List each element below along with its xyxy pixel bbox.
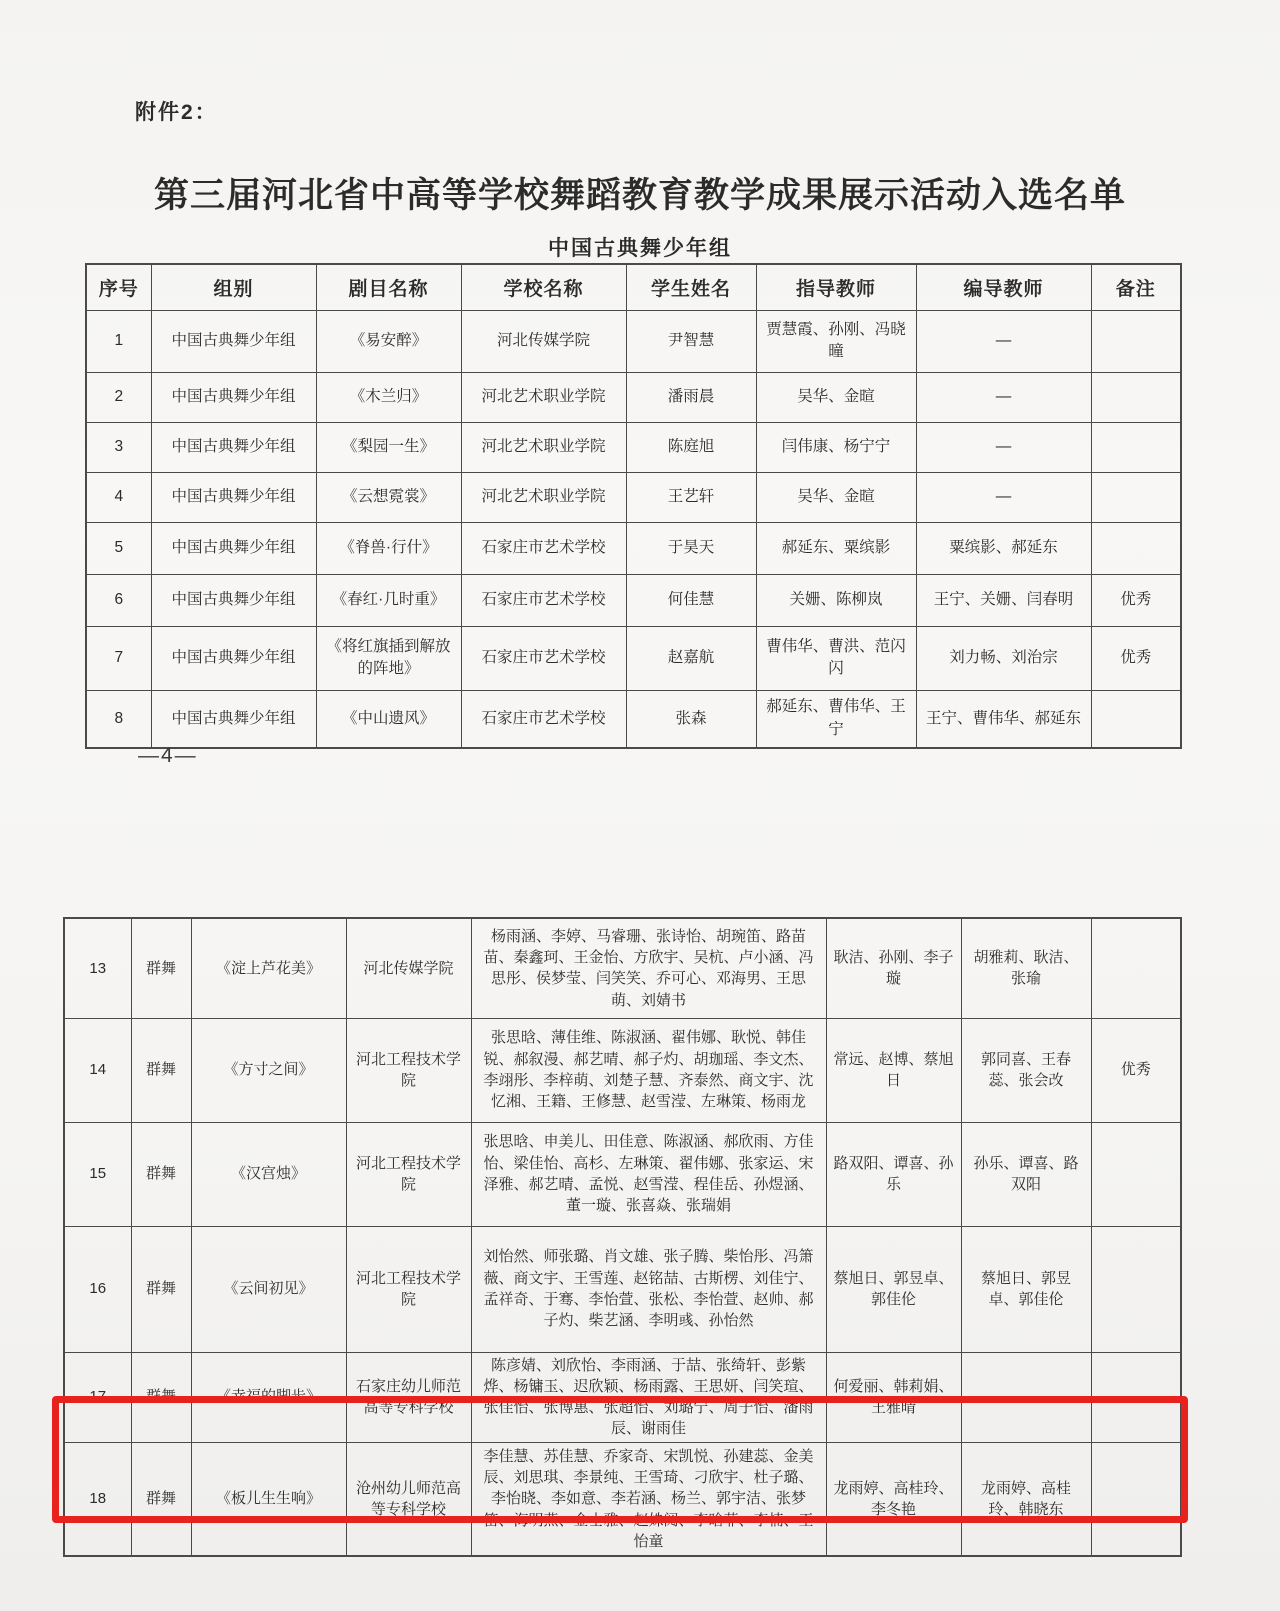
table-cell: 《春红·几时重》 xyxy=(316,574,461,626)
table-row: 2中国古典舞少年组《木兰归》河北艺术职业学院潘雨晨吴华、金暄— xyxy=(86,372,1181,422)
classical-dance-table: 序号 组别 剧目名称 学校名称 学生姓名 指导教师 编导教师 备注 1中国古典舞… xyxy=(85,263,1182,749)
table-cell: 陈庭旭 xyxy=(626,422,756,472)
table-row: 18群舞《板儿生生响》沧州幼儿师范高等专科学校李佳慧、苏佳慧、乔家奇、宋凯悦、孙… xyxy=(64,1442,1181,1556)
table-cell: — xyxy=(916,372,1091,422)
table-cell: 蔡旭日、郭昱卓、郭佳伦 xyxy=(826,1226,961,1352)
table-cell: 《云想霓裳》 xyxy=(316,472,461,522)
table-cell: 王艺轩 xyxy=(626,472,756,522)
table-cell: 尹智慧 xyxy=(626,310,756,372)
table-cell: 张思晗、薄佳维、陈淑涵、翟伟娜、耿悦、韩佳锐、郝叙漫、郝艺晴、郝子灼、胡珈瑶、李… xyxy=(471,1018,826,1122)
table-cell: 《幸福的脚步》 xyxy=(191,1352,346,1442)
table-row: 4中国古典舞少年组《云想霓裳》河北艺术职业学院王艺轩吴华、金暄— xyxy=(86,472,1181,522)
table-cell: 于昊天 xyxy=(626,522,756,574)
table-cell: 石家庄市艺术学校 xyxy=(461,522,626,574)
table-cell xyxy=(1091,472,1181,522)
table-cell: 河北艺术职业学院 xyxy=(461,422,626,472)
table-cell: 《梨园一生》 xyxy=(316,422,461,472)
table-cell: 河北工程技术学院 xyxy=(346,1122,471,1226)
table-cell: 沧州幼儿师范高等专科学校 xyxy=(346,1442,471,1556)
table-cell: 群舞 xyxy=(131,1122,191,1226)
table-cell: 龙雨婷、高桂玲、韩晓东 xyxy=(961,1442,1091,1556)
table-cell: 中国古典舞少年组 xyxy=(151,690,316,748)
table-cell: 李佳慧、苏佳慧、乔家奇、宋凯悦、孙建蕊、金美辰、刘思琪、李景纯、王雪琦、刁欣宇、… xyxy=(471,1442,826,1556)
table-cell: 龙雨婷、高桂玲、李冬艳 xyxy=(826,1442,961,1556)
table-cell: 吴华、金暄 xyxy=(756,372,916,422)
table-cell: 耿洁、孙刚、李子璇 xyxy=(826,918,961,1018)
table-cell: 17 xyxy=(64,1352,131,1442)
table-cell: 赵嘉航 xyxy=(626,626,756,690)
header-cell-program: 剧目名称 xyxy=(316,264,461,310)
table-cell: 16 xyxy=(64,1226,131,1352)
table-row: 7中国古典舞少年组《将红旗插到解放的阵地》石家庄市艺术学校赵嘉航曹伟华、曹洪、范… xyxy=(86,626,1181,690)
group-dance-table: 13群舞《淀上芦花美》河北传媒学院杨雨涵、李婷、马睿珊、张诗怡、胡琬笛、路苗苗、… xyxy=(63,917,1182,1557)
table-cell: 河北工程技术学院 xyxy=(346,1226,471,1352)
table-row: 3中国古典舞少年组《梨园一生》河北艺术职业学院陈庭旭闫伟康、杨宁宁— xyxy=(86,422,1181,472)
table-cell: 石家庄市艺术学校 xyxy=(461,626,626,690)
table-cell: 孙乐、谭喜、路双阳 xyxy=(961,1122,1091,1226)
table-cell xyxy=(1091,372,1181,422)
table-cell: 中国古典舞少年组 xyxy=(151,574,316,626)
table-cell: 刘怡然、师张璐、肖文雄、张子腾、柴怡彤、冯箫薇、商文宇、王雪莲、赵铭喆、古斯楞、… xyxy=(471,1226,826,1352)
table-cell: 《方寸之间》 xyxy=(191,1018,346,1122)
table-cell: 7 xyxy=(86,626,151,690)
table-cell: 中国古典舞少年组 xyxy=(151,626,316,690)
header-cell-instructor: 指导教师 xyxy=(756,264,916,310)
table-cell: — xyxy=(916,472,1091,522)
table-cell: 何爱丽、韩莉娟、王雅晴 xyxy=(826,1352,961,1442)
table-row: 6中国古典舞少年组《春红·几时重》石家庄市艺术学校何佳慧关姗、陈柳岚王宁、关姗、… xyxy=(86,574,1181,626)
table-cell xyxy=(1091,1226,1181,1352)
table-cell: 《淀上芦花美》 xyxy=(191,918,346,1018)
table-cell: 《云间初见》 xyxy=(191,1226,346,1352)
table-cell: 贾慧霞、孙刚、冯晓曈 xyxy=(756,310,916,372)
page-number: —4— xyxy=(138,744,198,768)
table-cell xyxy=(1091,1122,1181,1226)
table-cell: 张森 xyxy=(626,690,756,748)
table-cell: 闫伟康、杨宁宁 xyxy=(756,422,916,472)
section-subtitle: 中国古典舞少年组 xyxy=(0,232,1280,262)
table-cell: 《中山遗风》 xyxy=(316,690,461,748)
table-cell: 18 xyxy=(64,1442,131,1556)
table-header-row: 序号 组别 剧目名称 学校名称 学生姓名 指导教师 编导教师 备注 xyxy=(86,264,1181,310)
table-cell: 13 xyxy=(64,918,131,1018)
table-cell: 石家庄市艺术学校 xyxy=(461,690,626,748)
table-cell: 曹伟华、曹洪、范闪闪 xyxy=(756,626,916,690)
table-cell: 河北传媒学院 xyxy=(346,918,471,1018)
table-cell: 优秀 xyxy=(1091,1018,1181,1122)
table-cell: 《木兰归》 xyxy=(316,372,461,422)
table-cell xyxy=(1091,1442,1181,1556)
header-cell-student: 学生姓名 xyxy=(626,264,756,310)
table-cell: 何佳慧 xyxy=(626,574,756,626)
table-cell: 《汉宫烛》 xyxy=(191,1122,346,1226)
table-cell: 6 xyxy=(86,574,151,626)
table-cell: 中国古典舞少年组 xyxy=(151,522,316,574)
table-cell xyxy=(1091,918,1181,1018)
table-cell xyxy=(961,1352,1091,1442)
table-cell: 《将红旗插到解放的阵地》 xyxy=(316,626,461,690)
table-cell xyxy=(1091,422,1181,472)
table-row: 1中国古典舞少年组《易安醉》河北传媒学院尹智慧贾慧霞、孙刚、冯晓曈— xyxy=(86,310,1181,372)
table-row: 13群舞《淀上芦花美》河北传媒学院杨雨涵、李婷、马睿珊、张诗怡、胡琬笛、路苗苗、… xyxy=(64,918,1181,1018)
table-row: 17群舞《幸福的脚步》石家庄幼儿师范高等专科学校陈彦婧、刘欣怡、李雨涵、于喆、张… xyxy=(64,1352,1181,1442)
table-cell: 3 xyxy=(86,422,151,472)
table-cell: 群舞 xyxy=(131,1442,191,1556)
table-cell: 1 xyxy=(86,310,151,372)
table-cell: 蔡旭日、郭昱卓、郭佳伦 xyxy=(961,1226,1091,1352)
table-cell: 王宁、曹伟华、郝延东 xyxy=(916,690,1091,748)
table-cell: 陈彦婧、刘欣怡、李雨涵、于喆、张绮轩、彭紫烨、杨镛玉、迟欣颖、杨雨露、王思妍、闫… xyxy=(471,1352,826,1442)
table-cell: 河北艺术职业学院 xyxy=(461,372,626,422)
table-cell: 关姗、陈柳岚 xyxy=(756,574,916,626)
table-cell: 河北艺术职业学院 xyxy=(461,472,626,522)
table-row: 14群舞《方寸之间》河北工程技术学院张思晗、薄佳维、陈淑涵、翟伟娜、耿悦、韩佳锐… xyxy=(64,1018,1181,1122)
table-cell: 8 xyxy=(86,690,151,748)
table-cell: 2 xyxy=(86,372,151,422)
table-cell: 石家庄幼儿师范高等专科学校 xyxy=(346,1352,471,1442)
table-cell: 群舞 xyxy=(131,918,191,1018)
table-cell: — xyxy=(916,422,1091,472)
table-cell: 粟缤影、郝延东 xyxy=(916,522,1091,574)
table-cell xyxy=(1091,690,1181,748)
table-cell: 吴华、金暄 xyxy=(756,472,916,522)
table-cell: 优秀 xyxy=(1091,574,1181,626)
table-cell: 《板儿生生响》 xyxy=(191,1442,346,1556)
table-cell: 《易安醉》 xyxy=(316,310,461,372)
table-cell: 郭同喜、王春蕊、张会改 xyxy=(961,1018,1091,1122)
table-cell: 5 xyxy=(86,522,151,574)
table-cell xyxy=(1091,310,1181,372)
table-row: 15群舞《汉宫烛》河北工程技术学院张思晗、申美儿、田佳意、陈淑涵、郝欣雨、方佳怡… xyxy=(64,1122,1181,1226)
table-cell: 石家庄市艺术学校 xyxy=(461,574,626,626)
table-cell: 潘雨晨 xyxy=(626,372,756,422)
header-cell-index: 序号 xyxy=(86,264,151,310)
document-page: 附件2： 第三届河北省中高等学校舞蹈教育教学成果展示活动入选名单 中国古典舞少年… xyxy=(0,0,1280,1611)
table-cell: 4 xyxy=(86,472,151,522)
table-cell: 15 xyxy=(64,1122,131,1226)
table-cell: 河北工程技术学院 xyxy=(346,1018,471,1122)
table-cell: 中国古典舞少年组 xyxy=(151,472,316,522)
attachment-label: 附件2： xyxy=(135,96,218,126)
header-cell-group: 组别 xyxy=(151,264,316,310)
table-cell: 张思晗、申美儿、田佳意、陈淑涵、郝欣雨、方佳怡、梁佳怡、高杉、左琳策、翟伟娜、张… xyxy=(471,1122,826,1226)
table-cell: 常远、赵博、蔡旭日 xyxy=(826,1018,961,1122)
table-row: 5中国古典舞少年组《脊兽·行什》石家庄市艺术学校于昊天郝延东、粟缤影粟缤影、郝延… xyxy=(86,522,1181,574)
header-cell-remarks: 备注 xyxy=(1091,264,1181,310)
table-cell: 刘力畅、刘治宗 xyxy=(916,626,1091,690)
table-cell: 中国古典舞少年组 xyxy=(151,422,316,472)
table-cell: — xyxy=(916,310,1091,372)
table-cell: 王宁、关姗、闫春明 xyxy=(916,574,1091,626)
table-cell: 《脊兽·行什》 xyxy=(316,522,461,574)
table-cell: 优秀 xyxy=(1091,626,1181,690)
header-cell-school: 学校名称 xyxy=(461,264,626,310)
table-row: 16群舞《云间初见》河北工程技术学院刘怡然、师张璐、肖文雄、张子腾、柴怡彤、冯箫… xyxy=(64,1226,1181,1352)
table-cell: 群舞 xyxy=(131,1018,191,1122)
table-cell: 群舞 xyxy=(131,1226,191,1352)
table-cell: 郝延东、曹伟华、王宁 xyxy=(756,690,916,748)
table-cell: 中国古典舞少年组 xyxy=(151,372,316,422)
table-cell: 中国古典舞少年组 xyxy=(151,310,316,372)
table-row: 8中国古典舞少年组《中山遗风》石家庄市艺术学校张森郝延东、曹伟华、王宁王宁、曹伟… xyxy=(86,690,1181,748)
table-cell: 河北传媒学院 xyxy=(461,310,626,372)
table-cell: 胡雅莉、耿洁、张瑜 xyxy=(961,918,1091,1018)
table-cell: 群舞 xyxy=(131,1352,191,1442)
table-body: 1中国古典舞少年组《易安醉》河北传媒学院尹智慧贾慧霞、孙刚、冯晓曈—2中国古典舞… xyxy=(86,310,1181,748)
header-cell-choreographer: 编导教师 xyxy=(916,264,1091,310)
table-cell xyxy=(1091,522,1181,574)
table-cell: 14 xyxy=(64,1018,131,1122)
table-cell: 杨雨涵、李婷、马睿珊、张诗怡、胡琬笛、路苗苗、秦鑫珂、王金怡、方欣宇、吴杭、卢小… xyxy=(471,918,826,1018)
table-cell: 郝延东、粟缤影 xyxy=(756,522,916,574)
page-title: 第三届河北省中高等学校舞蹈教育教学成果展示活动入选名单 xyxy=(0,168,1280,218)
table-cell xyxy=(1091,1352,1181,1442)
table-body: 13群舞《淀上芦花美》河北传媒学院杨雨涵、李婷、马睿珊、张诗怡、胡琬笛、路苗苗、… xyxy=(64,918,1181,1556)
table-cell: 路双阳、谭喜、孙乐 xyxy=(826,1122,961,1226)
